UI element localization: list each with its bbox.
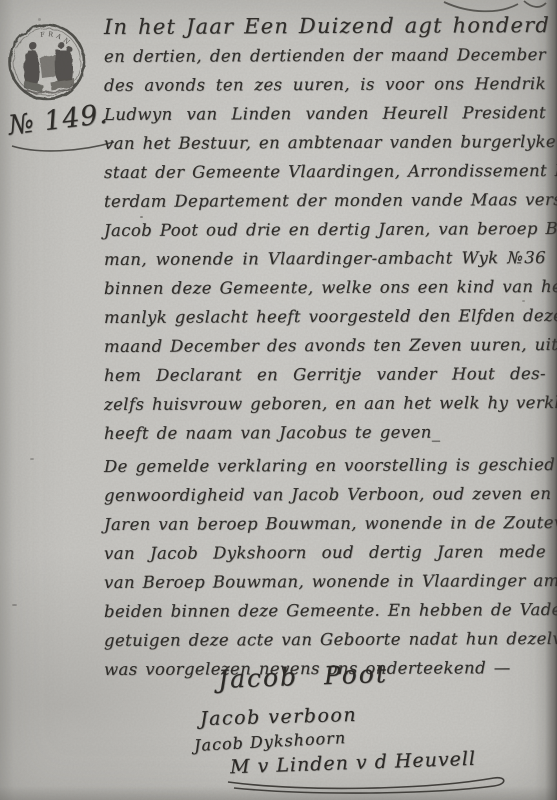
handwritten-line: zelfs huisvrouw geboren, en aan het welk…: [104, 388, 546, 419]
handwritten-line: van Beroep Bouwman, wonende in Vlaarding…: [104, 566, 546, 597]
handwritten-line: In het Jaar Een Duizend agt honderd: [104, 11, 546, 42]
signature-jacob-verboon: Jacob verboon: [200, 704, 358, 730]
handwritten-line: getuigen deze acte van Geboorte nadat hu…: [104, 624, 546, 655]
handwritten-line: genwoordigheid van Jacob Verboon, oud ze…: [104, 479, 546, 510]
handwritten-line: manlyk geslacht heeft voorgesteld den El…: [104, 301, 546, 332]
handwritten-line: en dertien, den dertienden der maand Dec…: [104, 40, 546, 71]
handwritten-line: van Jacob Dykshoorn oud dertig Jaren med…: [104, 537, 546, 568]
document-scan: FRAN № 149. In het Jaar Een Duizend agt …: [0, 0, 557, 800]
handwritten-line: beiden binnen deze Gemeente. En hebben d…: [104, 595, 546, 626]
handwritten-line: staat der Gemeente Vlaardingen, Arrondis…: [104, 156, 546, 187]
handwritten-line: maand December des avonds ten Zeven uure…: [104, 330, 546, 361]
handwritten-line: Jacob Poot oud drie en dertig Jaren, van…: [104, 214, 546, 245]
act-text-block: In het Jaar Een Duizend agt honderd en d…: [104, 12, 546, 683]
handwritten-line: Jaren van beroep Bouwman, wonende in de …: [104, 508, 546, 539]
handwritten-line: De gemelde verklaring en voorstelling is…: [104, 450, 546, 481]
handwritten-line: van het Bestuur, en ambtenaar vanden bur…: [104, 127, 546, 158]
handwritten-line: hem Declarant en Gerritje vander Hout de…: [104, 359, 546, 390]
handwritten-line: binnen deze Gemeente, welke ons een kind…: [104, 272, 546, 303]
handwritten-line: man, wonende in Vlaardinger-ambacht Wyk …: [104, 243, 546, 274]
handwritten-line: heeft de naam van Jacobus te geven_: [104, 417, 546, 448]
handwritten-line: Ludwyn van Linden vanden Heurell Preside…: [104, 98, 546, 129]
handwritten-line: des avonds ten zes uuren, is voor ons He…: [104, 69, 546, 100]
handwritten-line: terdam Departement der monden vande Maas…: [104, 185, 546, 216]
signature-jacob-poot: Jacob Poot: [218, 659, 389, 694]
